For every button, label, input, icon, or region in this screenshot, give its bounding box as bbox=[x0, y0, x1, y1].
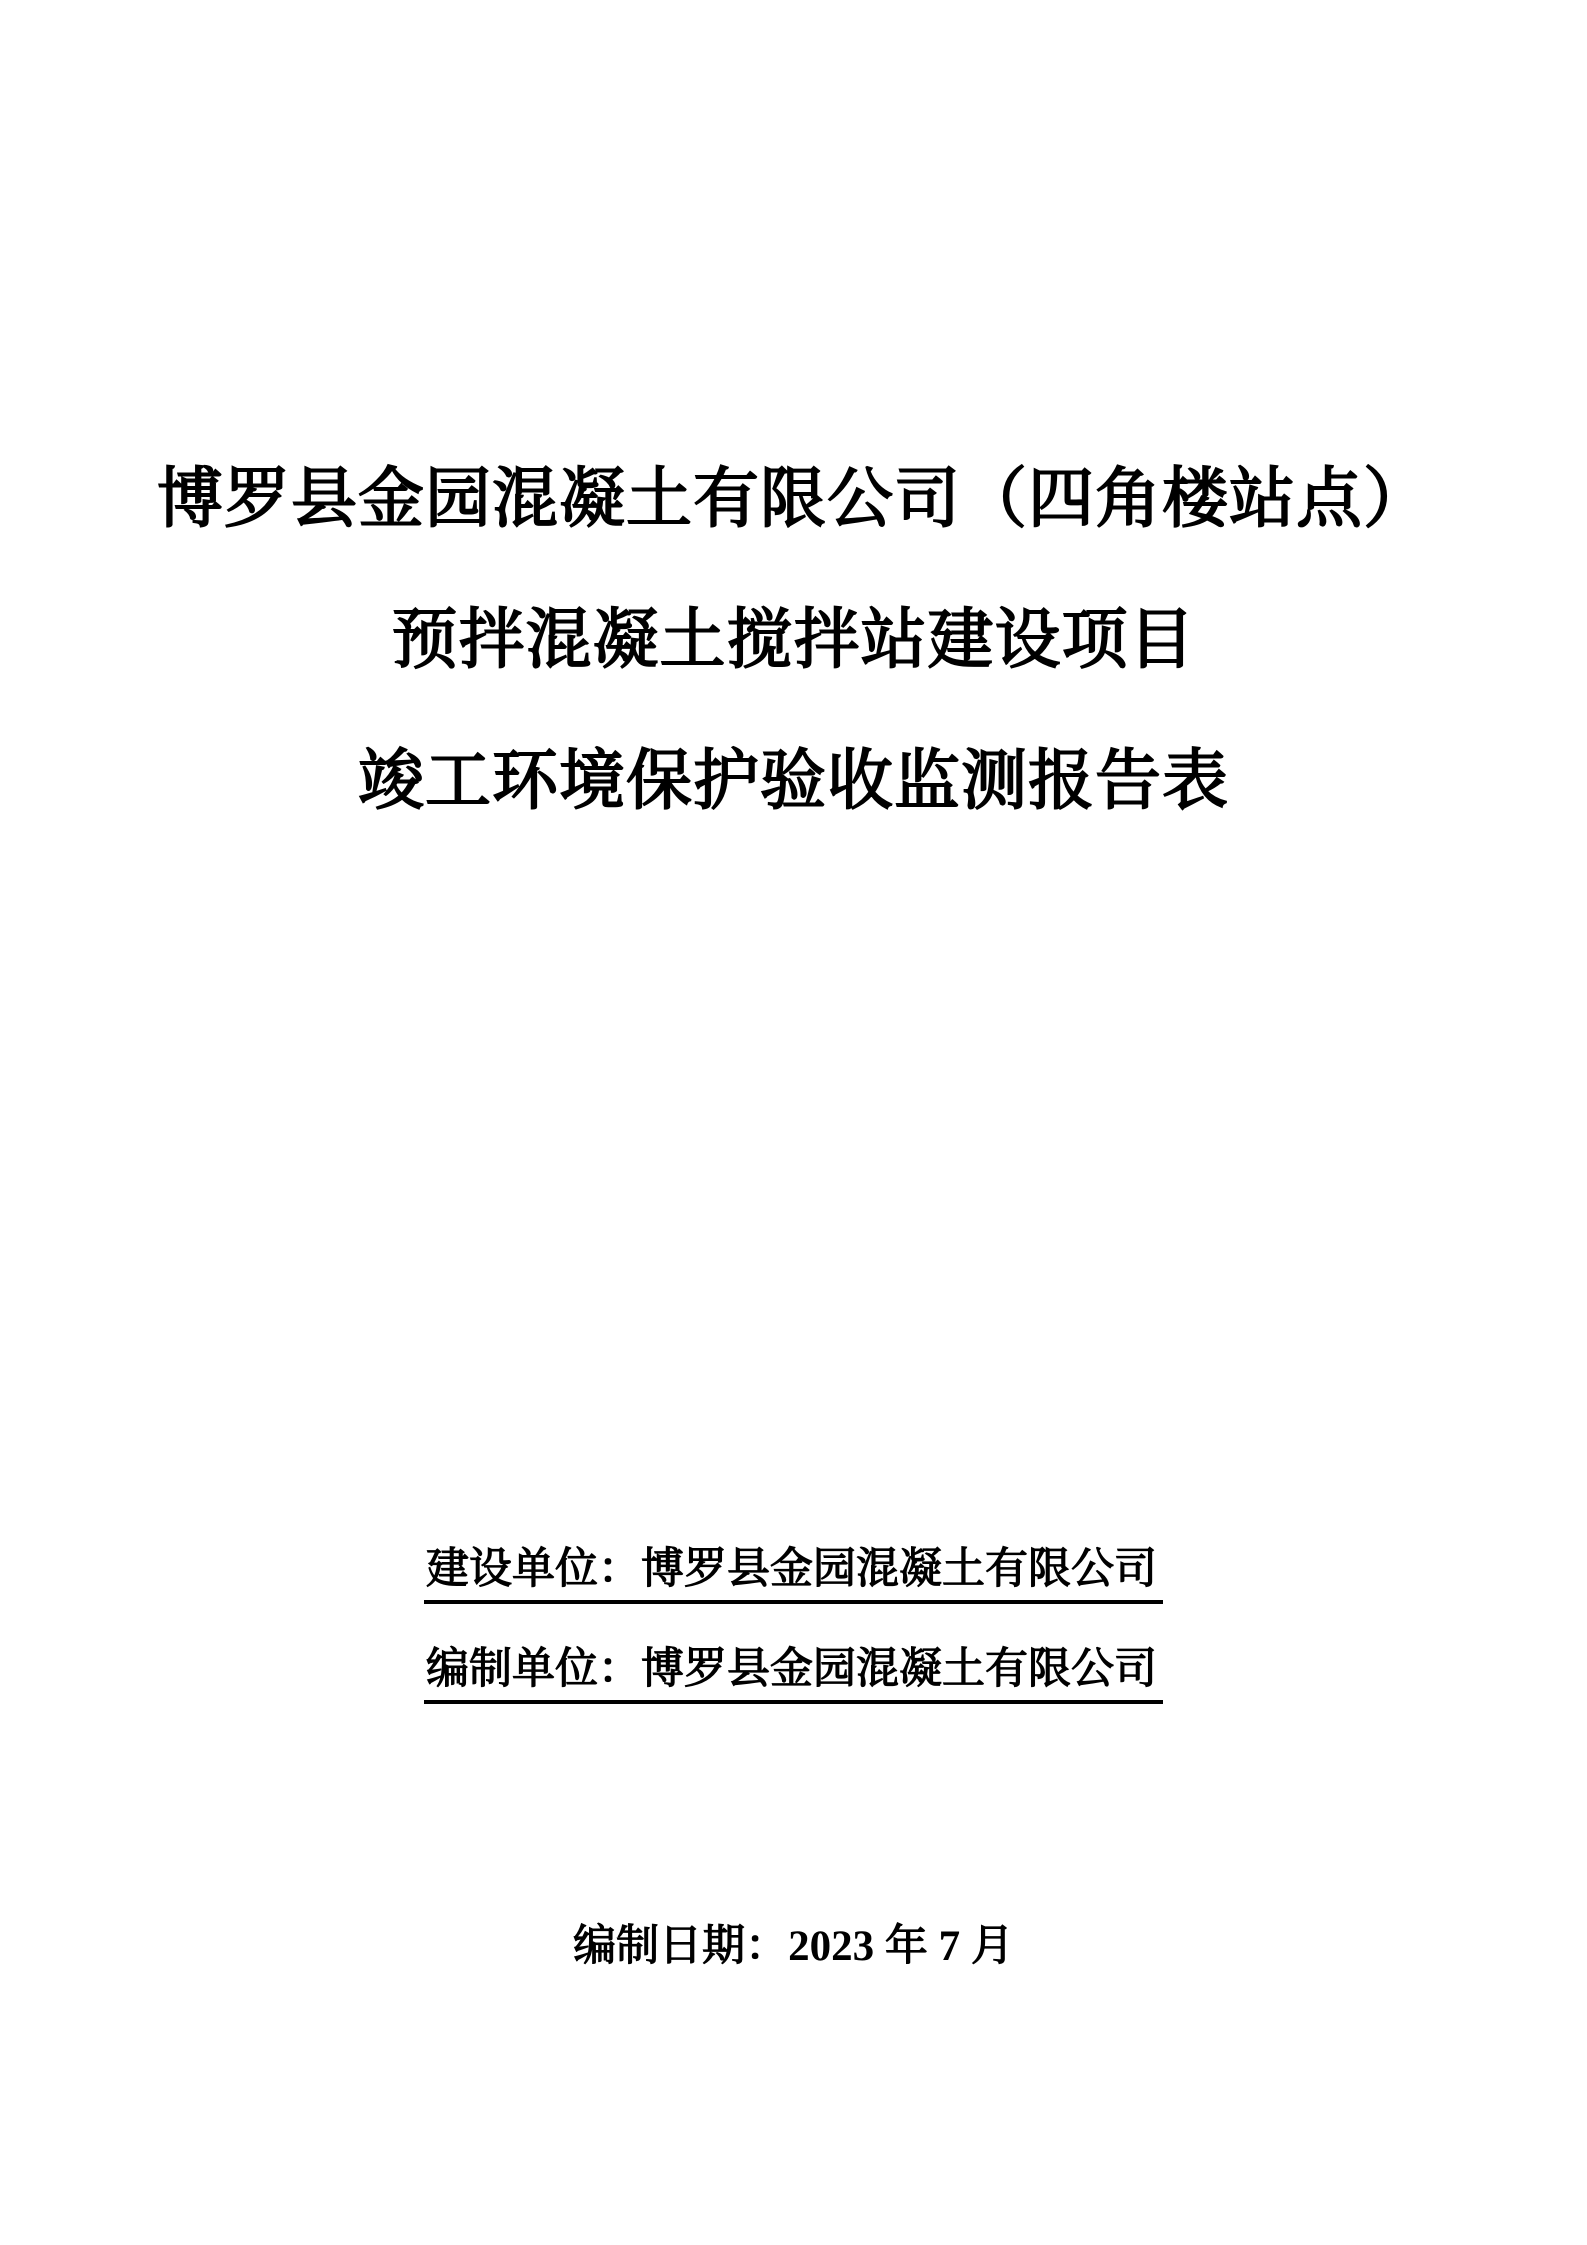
title-line-report-type: 竣工环境保护验收监测报告表 bbox=[0, 711, 1587, 852]
compile-date-label: 编制日期： bbox=[573, 1923, 788, 1970]
compilation-unit-line: 编制单位：博罗县金园混凝土有限公司 bbox=[0, 1648, 1587, 1704]
compile-date-value: 2023 年 7 月 bbox=[788, 1923, 1014, 1970]
compilation-unit-value: 博罗县金园混凝土有限公司 bbox=[641, 1646, 1157, 1693]
title-line-project: 预拌混凝土搅拌站建设项目 bbox=[0, 570, 1587, 711]
title-line-company: 博罗县金园混凝土有限公司（四角楼站点） bbox=[0, 429, 1587, 570]
construction-unit-value: 博罗县金园混凝土有限公司 bbox=[641, 1546, 1157, 1593]
construction-unit-underlined: 建设单位：博罗县金园混凝土有限公司 bbox=[424, 1548, 1163, 1604]
construction-unit-line: 建设单位：博罗县金园混凝土有限公司 bbox=[0, 1548, 1587, 1604]
construction-unit-label: 建设单位： bbox=[426, 1546, 641, 1593]
document-cover-page: 博罗县金园混凝土有限公司（四角楼站点） 预拌混凝土搅拌站建设项目 竣工环境保护验… bbox=[0, 0, 1587, 2245]
units-block: 建设单位：博罗县金园混凝土有限公司 编制单位：博罗县金园混凝土有限公司 bbox=[0, 1548, 1587, 1704]
compilation-unit-underlined: 编制单位：博罗县金园混凝土有限公司 bbox=[424, 1648, 1163, 1704]
compilation-unit-label: 编制单位： bbox=[426, 1646, 641, 1693]
compile-date-line: 编制日期：2023 年 7 月 bbox=[0, 1925, 1587, 1968]
title-block: 博罗县金园混凝土有限公司（四角楼站点） 预拌混凝土搅拌站建设项目 竣工环境保护验… bbox=[0, 429, 1587, 852]
